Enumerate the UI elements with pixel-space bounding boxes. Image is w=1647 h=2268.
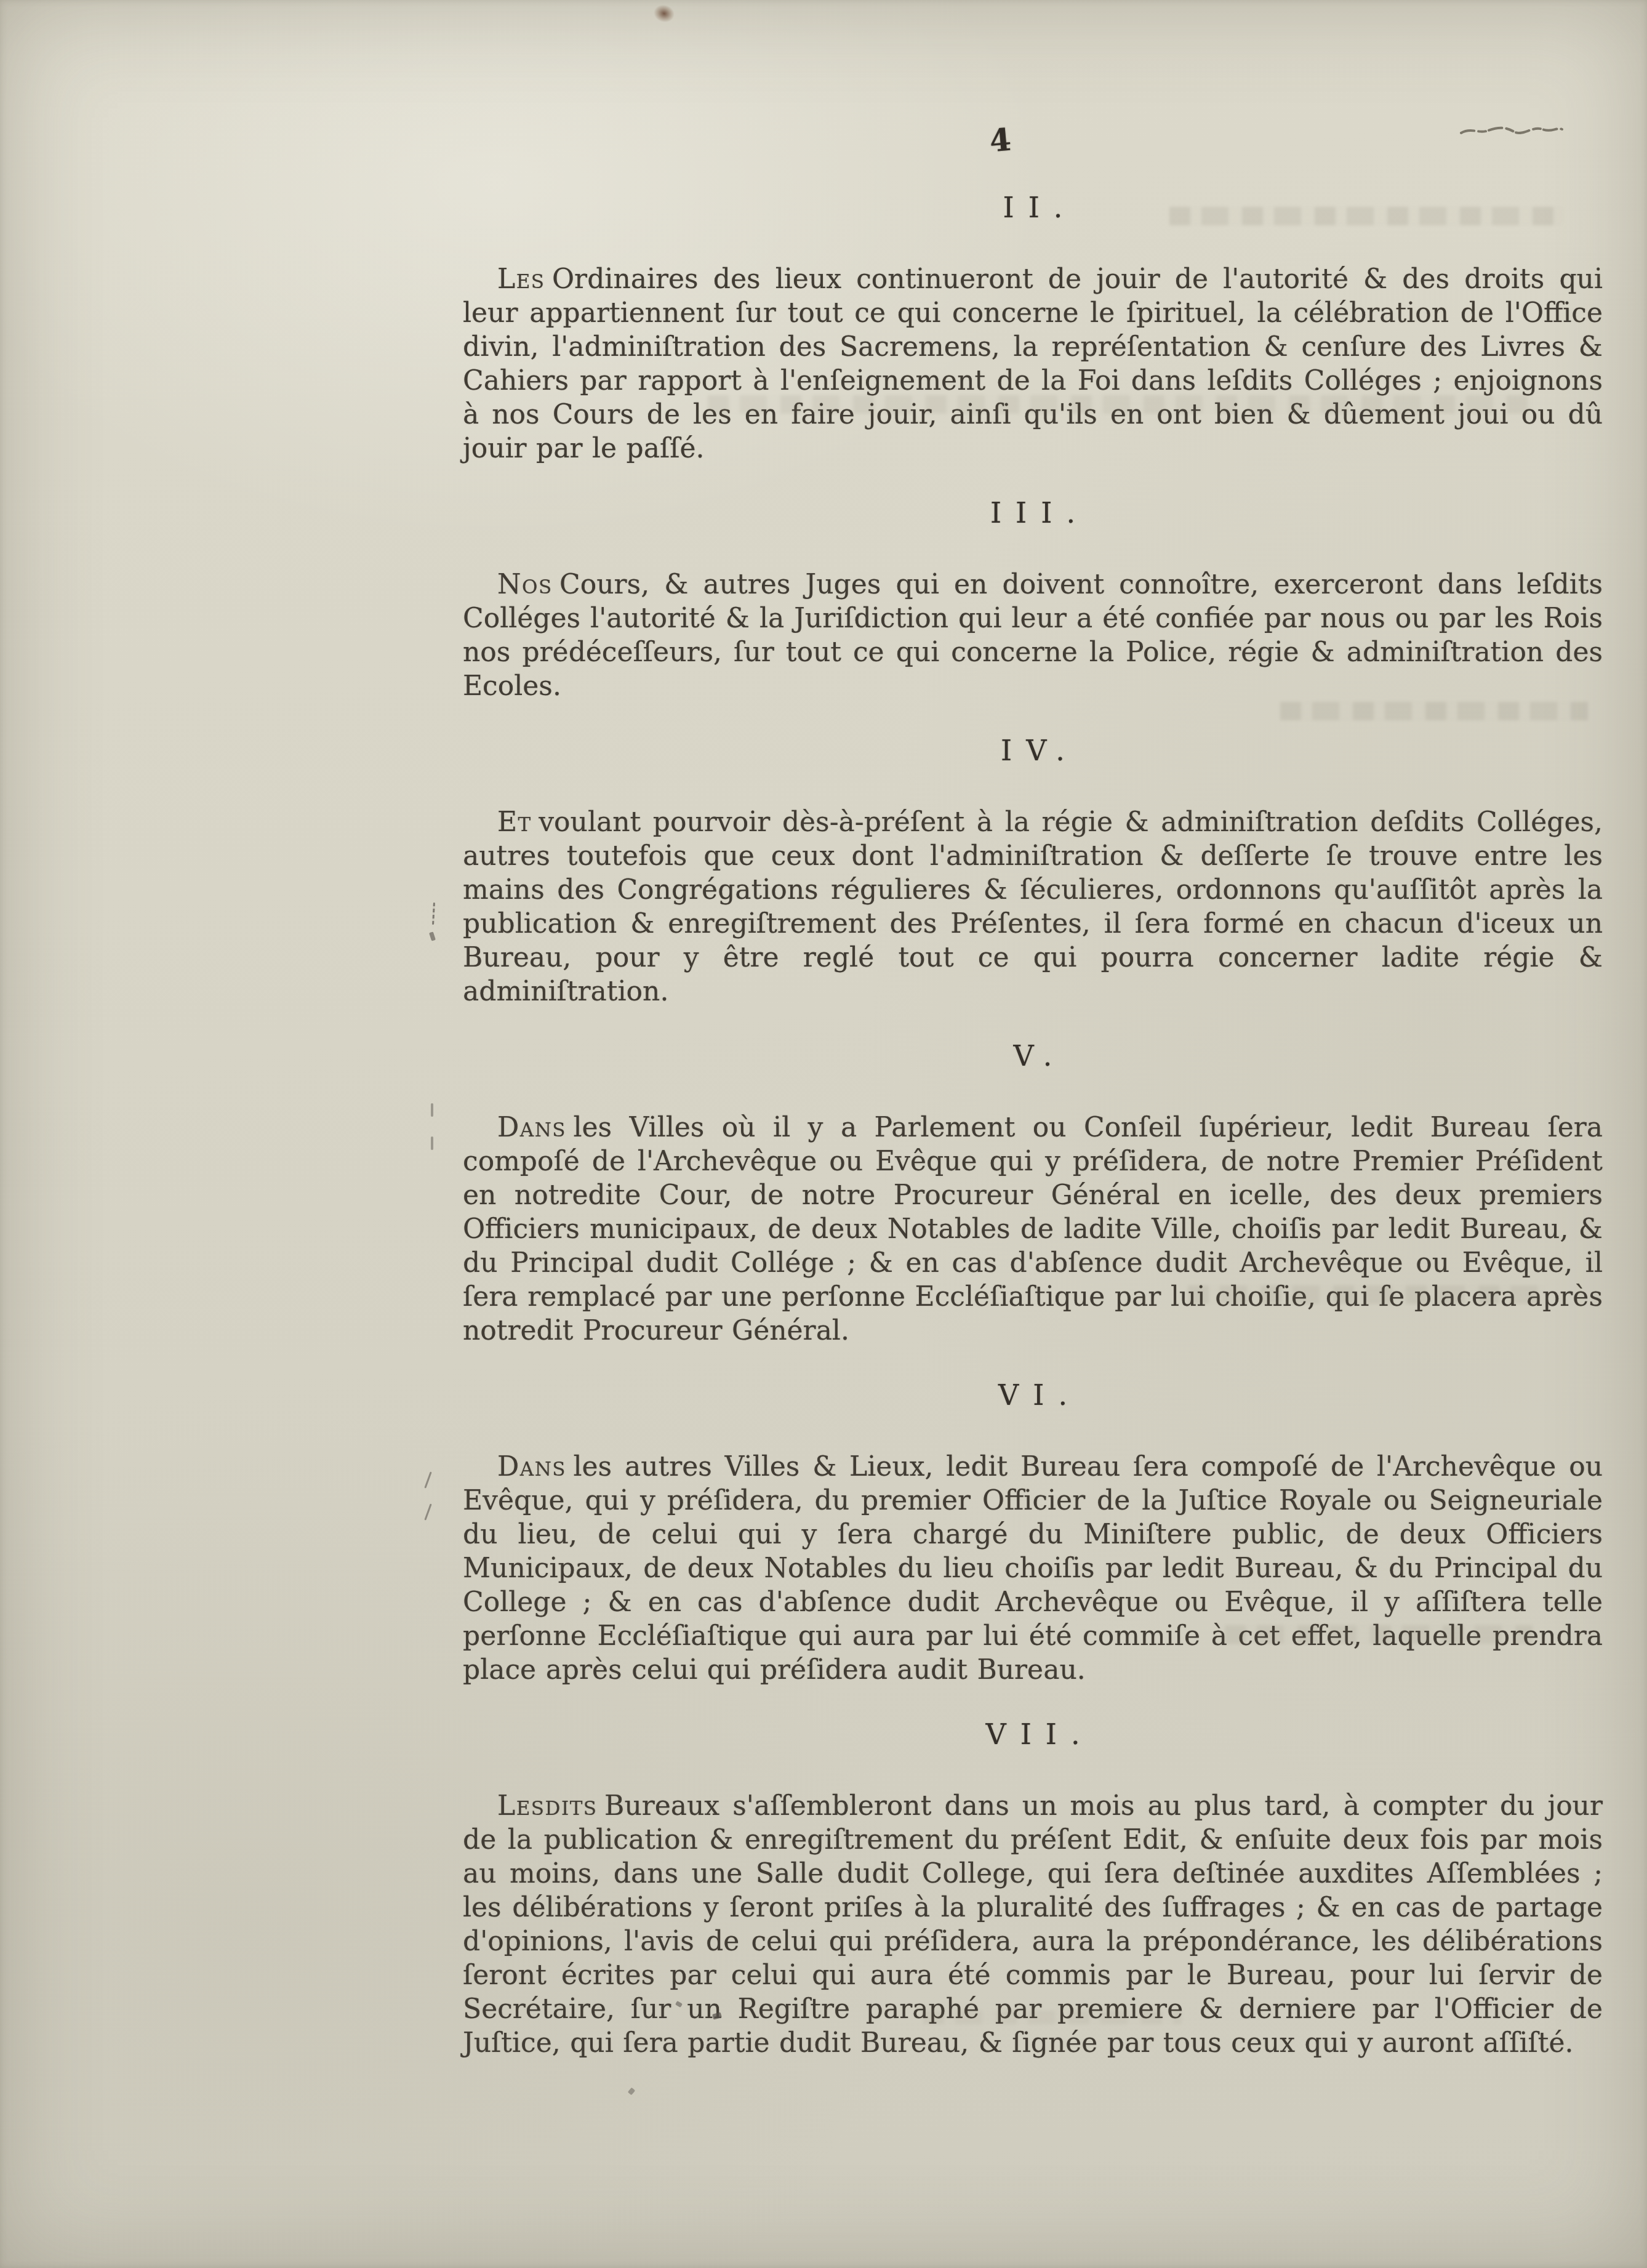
- paragraph-lead-word: Dans: [497, 1451, 566, 1482]
- section-vii-paragraph: LesditsBureaux s'aſſembleront dans un mo…: [463, 1789, 1603, 2060]
- section-vi-heading: VI.: [463, 1378, 1603, 1412]
- margin-ink-mark: [424, 1503, 431, 1520]
- pencil-squiggle-mark: [1460, 121, 1565, 142]
- section-vii-heading: VII.: [463, 1718, 1603, 1751]
- paragraph-text: les autres Villes & Lieux, ledit Bureau …: [463, 1451, 1603, 1686]
- section-ii-heading: II.: [463, 191, 1603, 224]
- margin-ink-mark: [424, 1471, 431, 1488]
- paragraph-lead-word: Dans: [497, 1112, 566, 1143]
- margin-ink-mark: [429, 931, 436, 941]
- paragraph-text: Ordinaires des lieux continueront de jou…: [463, 263, 1603, 464]
- section-vii: VII. LesditsBureaux s'aſſembleront dans …: [463, 1718, 1603, 2060]
- paragraph-text: Bureaux s'aſſembleront dans un mois au p…: [463, 1790, 1603, 2059]
- section-iv: IV. Etvoulant pourvoir dès-à-préſent à l…: [463, 734, 1603, 1008]
- section-iii: III. NosCours, & autres Juges qui en doi…: [463, 496, 1603, 703]
- page-number: 4: [988, 121, 1012, 159]
- scanned-document-page: 4 II. LesOrdinaires des lieux continuero…: [0, 0, 1647, 2268]
- paragraph-lead-word: Les: [497, 263, 545, 295]
- section-vi-paragraph: Dansles autres Villes & Lieux, ledit Bur…: [463, 1450, 1603, 1687]
- section-iii-heading: III.: [463, 496, 1603, 529]
- paragraph-text: Cours, & autres Juges qui en doivent con…: [463, 569, 1603, 702]
- paragraph-text: les Villes où il y a Parlement ou Conſei…: [463, 1112, 1603, 1346]
- margin-ink-mark: [431, 1136, 433, 1150]
- section-v: V. Dansles Villes où il y a Parlement ou…: [463, 1039, 1603, 1348]
- paragraph-lead-word: Lesdits: [497, 1790, 598, 1822]
- margin-ink-mark: [432, 903, 435, 925]
- paragraph-text: voulant pourvoir dès-à-préſent à la régi…: [463, 806, 1603, 1007]
- margin-ink-mark: [431, 1103, 433, 1117]
- ink-stain: [652, 2, 676, 25]
- paragraph-lead-word: Nos: [497, 569, 553, 600]
- section-ii-paragraph: LesOrdinaires des lieux continueront de …: [463, 262, 1603, 465]
- ink-speck: [628, 2088, 636, 2096]
- section-v-paragraph: Dansles Villes où il y a Parlement ou Co…: [463, 1111, 1603, 1348]
- section-iv-paragraph: Etvoulant pourvoir dès-à-préſent à la ré…: [463, 805, 1603, 1008]
- section-iv-heading: IV.: [463, 734, 1603, 767]
- section-ii: II. LesOrdinaires des lieux continueront…: [463, 191, 1603, 465]
- text-block: II. LesOrdinaires des lieux continueront…: [463, 191, 1603, 2060]
- paragraph-lead-word: Et: [497, 806, 532, 838]
- section-v-heading: V.: [463, 1039, 1603, 1072]
- section-vi: VI. Dansles autres Villes & Lieux, ledit…: [463, 1378, 1603, 1687]
- section-iii-paragraph: NosCours, & autres Juges qui en doivent …: [463, 568, 1603, 703]
